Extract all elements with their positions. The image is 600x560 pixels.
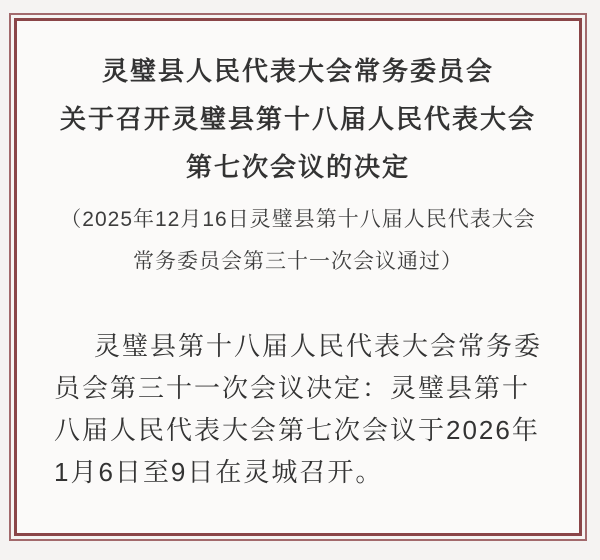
decree-content: 灵璧县人民代表大会常务委员会 关于召开灵璧县第十八届人民代表大会 第七次会议的决… <box>17 21 579 533</box>
adoption-note-line-2: 常务委员会第三十一次会议通过） <box>54 241 542 283</box>
page-background: { "document": { "title_lines": [ "灵璧县人民代… <box>0 0 600 560</box>
title-line-1: 灵璧县人民代表大会常务委员会 <box>54 47 542 95</box>
adoption-note-line-1: （2025年12月16日灵璧县第十八届人民代表大会 <box>54 199 542 241</box>
decree-body-paragraph: 灵璧县第十八届人民代表大会常务委员会第三十一次会议决定：灵璧县第十八届人民代表大… <box>54 325 542 493</box>
title-line-2: 关于召开灵璧县第十八届人民代表大会 <box>54 95 542 143</box>
outer-border-frame: 灵璧县人民代表大会常务委员会 关于召开灵璧县第十八届人民代表大会 第七次会议的决… <box>9 13 587 541</box>
adoption-note: （2025年12月16日灵璧县第十八届人民代表大会 常务委员会第三十一次会议通过… <box>54 199 542 283</box>
title-line-3: 第七次会议的决定 <box>54 143 542 191</box>
inner-border-frame: 灵璧县人民代表大会常务委员会 关于召开灵璧县第十八届人民代表大会 第七次会议的决… <box>14 18 582 536</box>
decree-title: 灵璧县人民代表大会常务委员会 关于召开灵璧县第十八届人民代表大会 第七次会议的决… <box>54 47 542 191</box>
